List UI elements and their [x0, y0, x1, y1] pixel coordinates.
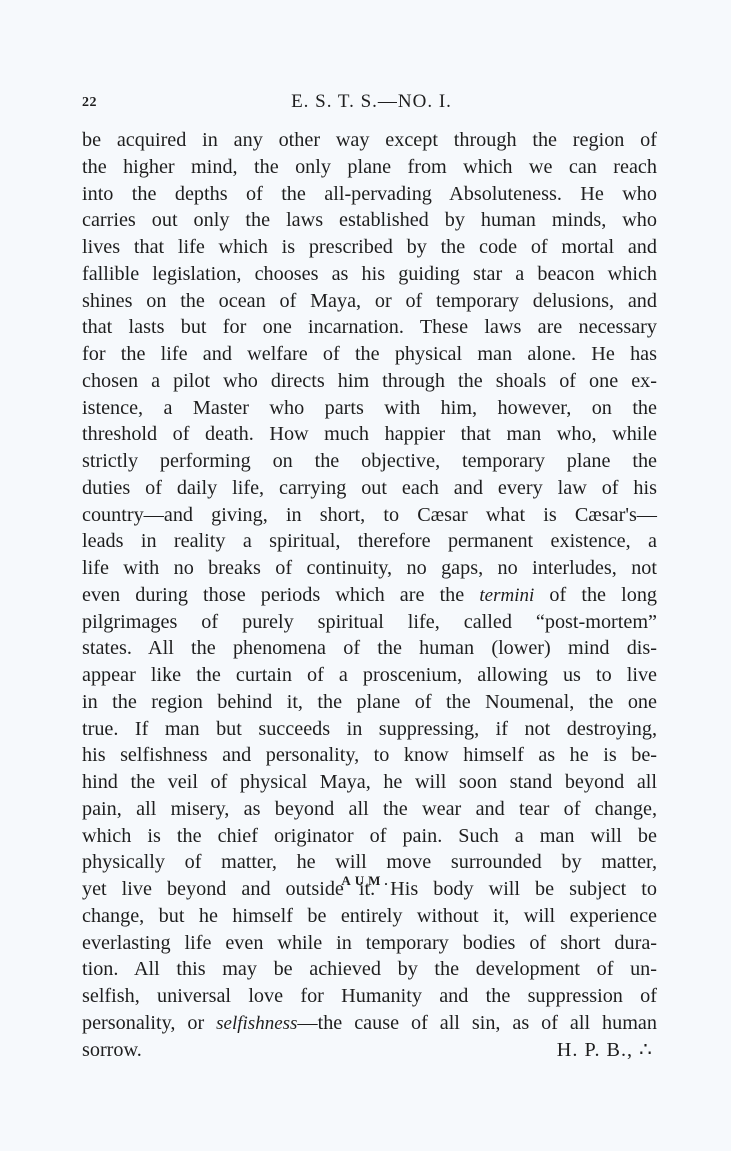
text-line: be acquired in any other way except thro…	[82, 127, 657, 154]
text-line: strictly performing on the objective, te…	[82, 448, 657, 475]
text-segment: —the cause of all sin, as of all human	[297, 1012, 657, 1034]
closing-word: AUM.	[0, 873, 731, 889]
text-line: fallible legislation, chooses as his gui…	[82, 261, 657, 288]
text-line: life with no breaks of continuity, no ga…	[82, 555, 657, 582]
text-line: country—and giving, in short, to Cæsar w…	[82, 502, 657, 529]
text-line: in the region behind it, the plane of th…	[82, 689, 657, 716]
text-line: states. All the phenomena of the human (…	[82, 635, 657, 662]
text-line: pilgrimages of purely spiritual life, ca…	[82, 609, 657, 636]
text-segment: of the long	[534, 584, 657, 606]
text-line: threshold of death. How much happier tha…	[82, 421, 657, 448]
running-title: E. S. T. S.—NO. I.	[0, 91, 731, 113]
text-segment: sorrow.	[82, 1039, 142, 1061]
text-line: chosen a pilot who directs him through t…	[82, 368, 657, 395]
text-line: true. If man but succeeds in suppressing…	[82, 716, 657, 743]
text-line: shines on the ocean of Maya, or of tempo…	[82, 288, 657, 315]
text-line: hind the veil of physical Maya, he will …	[82, 769, 657, 796]
author-signature: H. P. B., ∴	[557, 1037, 657, 1064]
text-line: that lasts but for one incarnation. Thes…	[82, 314, 657, 341]
text-line: tion. All this may be achieved by the de…	[82, 956, 657, 983]
text-segment: even during those periods which are the	[82, 584, 479, 606]
text-line: appear like the curtain of a proscenium,…	[82, 662, 657, 689]
text-line: istence, a Master who parts with him, ho…	[82, 395, 657, 422]
text-line: his selfishness and personality, to know…	[82, 742, 657, 769]
text-line: everlasting life even while in temporary…	[82, 930, 657, 957]
text-line: which is the chief originator of pain. S…	[82, 823, 657, 850]
text-line: for the life and welfare of the physical…	[82, 341, 657, 368]
text-line: the higher mind, the only plane from whi…	[82, 154, 657, 181]
text-line: change, but he himself be entirely witho…	[82, 903, 657, 930]
text-line: personality, or selfishness—the cause of…	[82, 1010, 657, 1037]
text-line: even during those periods which are the …	[82, 582, 657, 609]
text-line: pain, all misery, as beyond all the wear…	[82, 796, 657, 823]
body-text: be acquired in any other way except thro…	[82, 127, 657, 1063]
text-line: leads in reality a spiritual, therefore …	[82, 528, 657, 555]
text-segment: personality, or	[82, 1012, 216, 1034]
italic-term: termini	[479, 585, 534, 606]
text-line: duties of daily life, carrying out each …	[82, 475, 657, 502]
text-line: selfish, universal love for Humanity and…	[82, 983, 657, 1010]
final-line: sorrow.H. P. B., ∴	[82, 1037, 657, 1064]
text-line: into the depths of the all-pervading Abs…	[82, 181, 657, 208]
text-line: lives that life which is prescribed by t…	[82, 234, 657, 261]
text-line: physically of matter, he will move surro…	[82, 849, 657, 876]
text-line: carries out only the laws established by…	[82, 207, 657, 234]
italic-term: selfishness	[216, 1013, 297, 1034]
